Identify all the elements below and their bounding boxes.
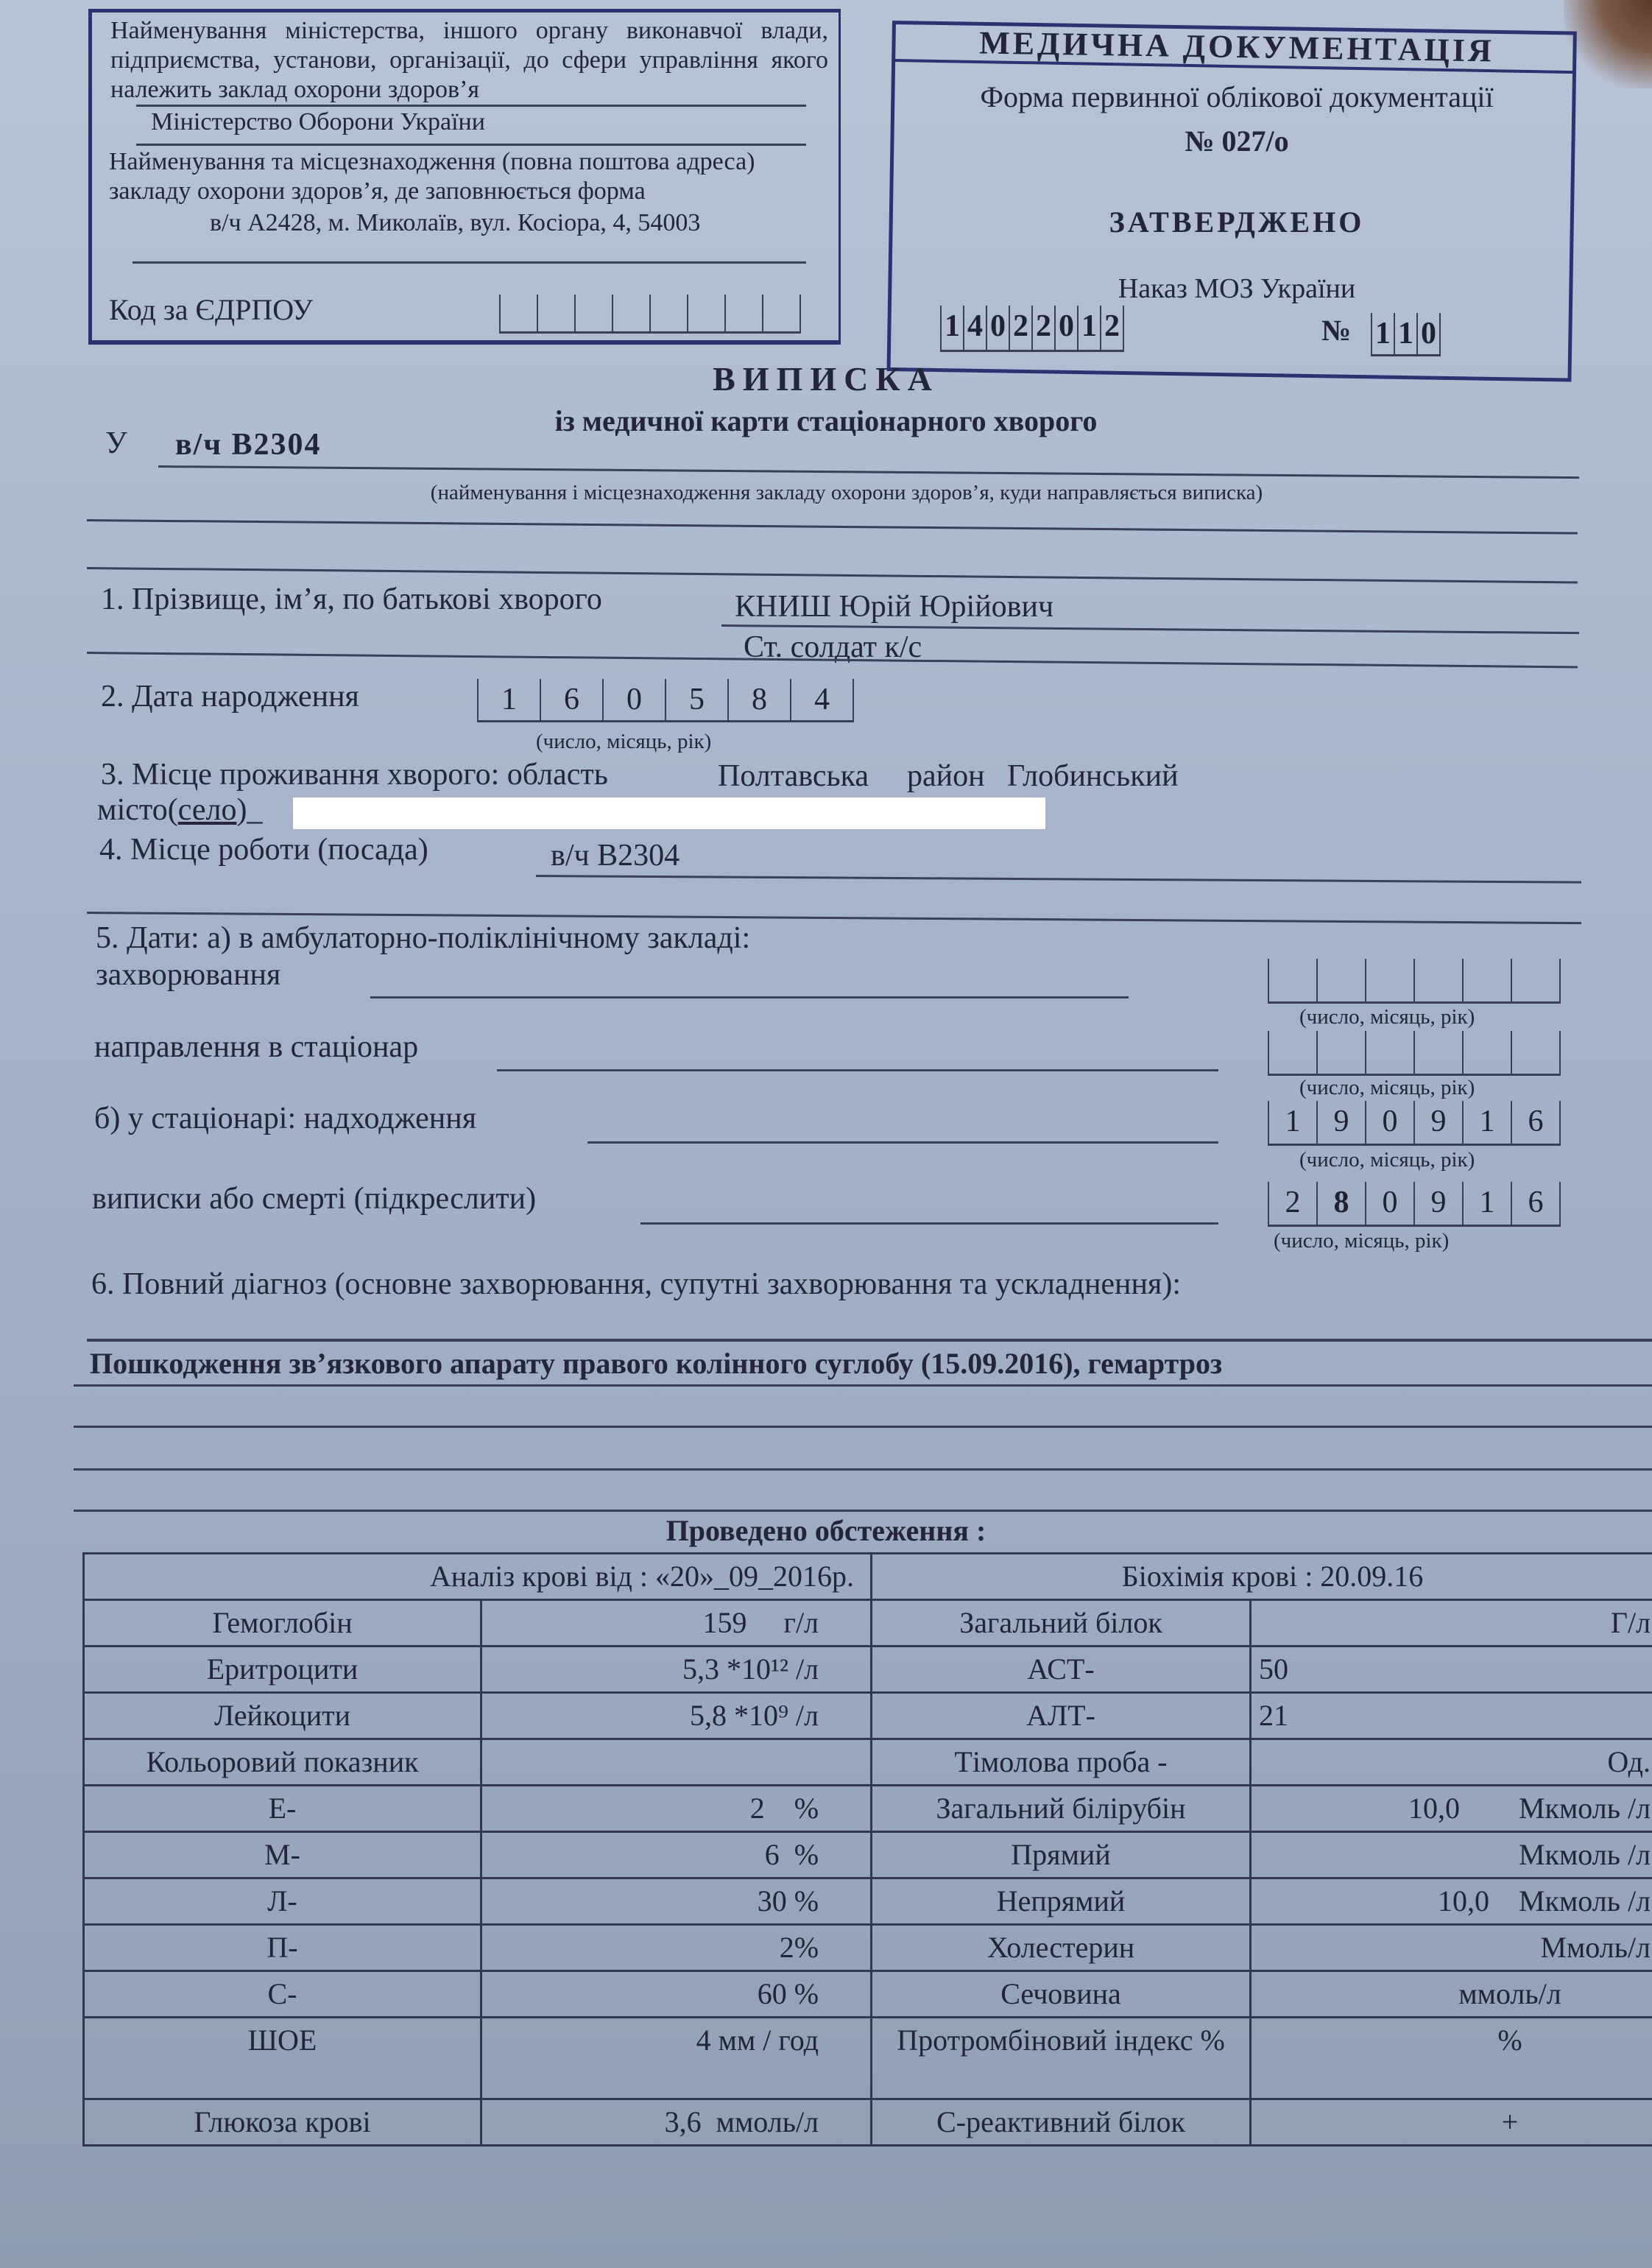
referral-label: направлення в стаціонар: [94, 1029, 418, 1065]
ministry-value: Міністерство Оборони України: [151, 108, 485, 137]
name-label: 1. Прізвище, ім’я, по батькові хворого: [101, 582, 602, 617]
exam-table: Аналіз крові від : «20»_09_2016р. Біохім…: [82, 1552, 1652, 2146]
biochemistry-header: Біохімія крові : 20.09.16: [872, 1554, 1652, 1600]
work-value[interactable]: в/ч В2304: [551, 838, 679, 873]
discharge-digit[interactable]: 9: [1415, 1182, 1464, 1225]
table-row: Кольоровий показникТімолова проба -Од.: [84, 1739, 1652, 1786]
blood-name-cell: Л-: [84, 1878, 481, 1925]
illness-digit[interactable]: [1318, 959, 1366, 1001]
ministry-label: Найменування міністерства, іншого органу…: [110, 16, 828, 105]
dob-cells: 1 6 0 5 8 4: [477, 679, 854, 722]
blood-name-cell: Глюкоза крові: [84, 2099, 481, 2146]
recipient-prefix: У: [105, 426, 127, 461]
diagnosis-line-3: [74, 1426, 1652, 1428]
bio-value-cell[interactable]: Мкмоль /л: [1251, 1832, 1652, 1878]
city-label-suffix: )_: [236, 793, 262, 827]
residence-raion[interactable]: Глобинський: [1007, 758, 1179, 794]
bio-name-cell: АСТ-: [872, 1647, 1251, 1693]
edrpou-cell[interactable]: [576, 295, 613, 331]
blood-name-cell: Лейкоцити: [84, 1693, 481, 1739]
admission-digit[interactable]: 0: [1366, 1101, 1415, 1144]
admission-digit[interactable]: 1: [1464, 1101, 1512, 1144]
dob-label: 2. Дата народження: [101, 679, 359, 714]
bio-value-cell[interactable]: Г/л: [1251, 1600, 1652, 1647]
discharge-digit[interactable]: 1: [1464, 1182, 1512, 1225]
recipient-caption: (найменування і місцезнаходження закладу…: [368, 480, 1325, 505]
order-no-cells: 1 1 0: [1371, 313, 1441, 356]
edrpou-cell[interactable]: [688, 295, 726, 331]
work-label: 4. Місце роботи (посада): [99, 832, 428, 867]
illness-digit[interactable]: [1415, 959, 1464, 1001]
dob-digit[interactable]: 0: [604, 679, 666, 720]
blood-name-cell: С-: [84, 1971, 481, 2018]
table-row: Л-30 %Непрямий10,0 Мкмоль /л: [84, 1878, 1652, 1925]
referral-digit[interactable]: [1464, 1031, 1512, 1074]
blood-value-cell[interactable]: 4 мм / год: [481, 2018, 872, 2099]
order-date-digit: 0: [1056, 306, 1079, 350]
bio-value-cell[interactable]: ммоль/л: [1251, 1971, 1652, 2018]
bio-name-cell: Протромбіновий індекс %: [872, 2018, 1251, 2099]
order-no-digit: 1: [1372, 313, 1395, 354]
discharge-caption: (число, місяць, рік): [1274, 1228, 1449, 1253]
diagnosis-line-4: [74, 1468, 1652, 1471]
admission-cells: 1 9 0 9 1 6: [1268, 1101, 1561, 1146]
bio-value-cell[interactable]: +: [1251, 2099, 1652, 2146]
discharge-label: виписки або смерті (підкреслити): [92, 1181, 536, 1216]
admission-label: б) у стаціонарі: надходження: [94, 1101, 476, 1136]
blood-name-cell: ШОЕ: [84, 2018, 481, 2099]
order-date-cells: 1 4 0 2 2 0 1 2: [940, 306, 1124, 352]
blood-value-cell[interactable]: 2 %: [481, 1786, 872, 1832]
blood-name-cell: Еритроцити: [84, 1647, 481, 1693]
edrpou-cell[interactable]: [651, 295, 688, 331]
approved-label: ЗАТВЕРДЖЕНО: [902, 205, 1572, 239]
dob-digit[interactable]: 6: [541, 679, 604, 720]
blood-value-cell[interactable]: 30 %: [481, 1878, 872, 1925]
table-row: П-2%ХолестеринМмоль/л: [84, 1925, 1652, 1971]
discharge-digit[interactable]: 6: [1512, 1182, 1561, 1225]
facility-underline: [133, 261, 806, 264]
order-no-digit: 1: [1395, 313, 1418, 354]
blood-value-cell[interactable]: 60 %: [481, 1971, 872, 2018]
illness-underline: [370, 996, 1129, 999]
bio-name-cell: Прямий: [872, 1832, 1251, 1878]
order-date-digit: 1: [1079, 306, 1101, 350]
order-date-digit: 4: [964, 306, 987, 350]
table-row: Гемоглобін159 г/лЗагальний білокГ/л: [84, 1600, 1652, 1647]
order-date-digit: 2: [1010, 306, 1033, 350]
blood-value-cell[interactable]: 159 г/л: [481, 1600, 872, 1647]
illness-digit[interactable]: [1269, 959, 1318, 1001]
illness-digit[interactable]: [1512, 959, 1561, 1001]
edrpou-cell[interactable]: [763, 295, 801, 331]
order-no-digit: 0: [1418, 313, 1441, 354]
referral-cells: [1268, 1031, 1561, 1076]
edrpou-label: Код за ЄДРПОУ: [109, 293, 313, 327]
bio-value-cell[interactable]: 10,0 Мкмоль /л: [1251, 1878, 1652, 1925]
edrpou-cell[interactable]: [613, 295, 651, 331]
table-row: Глюкоза крові3,6 ммоль/лС-реактивний біл…: [84, 2099, 1652, 2146]
order-date-digit: 2: [1101, 306, 1124, 350]
illness-label: захворювання: [96, 957, 280, 993]
bio-name-cell: Загальний білок: [872, 1600, 1251, 1647]
dates-heading: 5. Дати: а) в амбулаторно-поліклінічному…: [96, 920, 750, 956]
bio-name-cell: Загальний білірубін: [872, 1786, 1251, 1832]
bio-name-cell: Тімолова проба -: [872, 1739, 1251, 1786]
blood-value-cell[interactable]: 5,3 *10¹² /л: [481, 1647, 872, 1693]
bio-name-cell: АЛТ-: [872, 1693, 1251, 1739]
diagnosis-line-1: [87, 1339, 1652, 1342]
table-row: М-6 %ПрямийМкмоль /л: [84, 1832, 1652, 1878]
edrpou-cell[interactable]: [501, 295, 538, 331]
order-date-digit: 0: [987, 306, 1010, 350]
blood-analysis-header: Аналіз крові від : «20»_09_2016р.: [84, 1554, 872, 1600]
referral-digit[interactable]: [1512, 1031, 1561, 1074]
referral-digit[interactable]: [1318, 1031, 1366, 1074]
diagnosis-line-5: [74, 1510, 1652, 1512]
bio-value-cell[interactable]: 10,0 Мкмоль /л: [1251, 1786, 1652, 1832]
table-row: ШОЕ4 мм / годПротромбіновий індекс %%: [84, 2018, 1652, 2099]
table-row: С-60 %Сечовинаммоль/л: [84, 1971, 1652, 2018]
recipient-line-2: [87, 519, 1578, 535]
admission-digit[interactable]: 9: [1318, 1101, 1366, 1144]
discharge-digit[interactable]: 2: [1269, 1182, 1318, 1225]
blood-name-cell: П-: [84, 1925, 481, 1971]
ministry-underline: [136, 105, 806, 107]
diagnosis-label: 6. Повний діагноз (основне захворювання,…: [91, 1267, 1181, 1302]
bio-value-cell[interactable]: 50: [1251, 1647, 1652, 1693]
discharge-digit[interactable]: 8: [1318, 1182, 1366, 1225]
blood-value-cell[interactable]: [481, 1739, 872, 1786]
blood-value-cell[interactable]: 5,8 *10⁹ /л: [481, 1693, 872, 1739]
facility-value: в/ч А2428, м. Миколаїв, вул. Косіора, 4,…: [210, 208, 700, 238]
dob-digit[interactable]: 1: [479, 679, 541, 720]
name-value[interactable]: КНИШ Юрій Юрійович: [735, 589, 1053, 624]
admission-digit[interactable]: 6: [1512, 1101, 1561, 1144]
edrpou-cell[interactable]: [538, 295, 576, 331]
residence-label: 3. Місце проживання хворого: область: [101, 757, 608, 792]
diagnosis-value[interactable]: Пошкодження зв’язкового апарату правого …: [90, 1346, 1222, 1381]
exam-heading: Проведено обстеження :: [0, 1513, 1652, 1548]
admission-underline: [587, 1141, 1218, 1144]
referral-caption: (число, місяць, рік): [1299, 1075, 1475, 1100]
city-label-prefix: місто(: [97, 793, 178, 827]
order-label: Наказ МОЗ України: [902, 272, 1572, 305]
blood-value-cell[interactable]: 3,6 ммоль/л: [481, 2099, 872, 2146]
admission-digit[interactable]: 9: [1415, 1101, 1464, 1144]
city-label: місто(село)_: [97, 792, 262, 828]
illness-cells: [1268, 959, 1561, 1004]
illness-digit[interactable]: [1464, 959, 1512, 1001]
bio-value-cell[interactable]: 21: [1251, 1693, 1652, 1739]
bio-name-cell: Холестерин: [872, 1925, 1251, 1971]
bio-value-cell[interactable]: %: [1251, 2018, 1652, 2099]
dob-digit[interactable]: 5: [666, 679, 729, 720]
order-date-digit: 1: [942, 306, 964, 350]
blood-name-cell: Кольоровий показник: [84, 1739, 481, 1786]
order-date-digit: 2: [1033, 306, 1056, 350]
illness-digit[interactable]: [1366, 959, 1415, 1001]
blood-name-cell: М-: [84, 1832, 481, 1878]
facility-label: Найменування та місцезнаходження (повна …: [109, 147, 816, 206]
bio-name-cell: Непрямий: [872, 1878, 1251, 1925]
blood-value-cell[interactable]: 6 %: [481, 1832, 872, 1878]
referral-digit[interactable]: [1366, 1031, 1415, 1074]
diagnosis-line-2: [74, 1384, 1652, 1387]
dob-digit[interactable]: 4: [791, 679, 854, 720]
discharge-cells: 2 8 0 9 1 6: [1268, 1182, 1561, 1227]
discharge-underline: [640, 1222, 1218, 1225]
document-title: ВИПИСКА: [0, 359, 1652, 398]
edrpou-cells: [499, 295, 801, 334]
illness-caption: (число, місяць, рік): [1299, 1004, 1475, 1029]
blood-value-cell[interactable]: 2%: [481, 1925, 872, 1971]
ministry-value-underline: [136, 144, 806, 146]
order-no-sign: №: [1321, 313, 1351, 348]
exam-header-row: Аналіз крові від : «20»_09_2016р. Біохім…: [84, 1554, 1652, 1600]
bio-value-cell[interactable]: Ммоль/л: [1251, 1925, 1652, 1971]
bio-value-cell[interactable]: Од.: [1251, 1739, 1652, 1786]
recipient-underline: [158, 465, 1579, 479]
form-number: № 027/о: [902, 124, 1572, 158]
finger-shadow: [1564, 0, 1652, 88]
residence-oblast[interactable]: Полтавська: [718, 758, 869, 794]
dob-digit[interactable]: 8: [729, 679, 791, 720]
work-underline: [536, 875, 1581, 884]
bio-name-cell: Сечовина: [872, 1971, 1251, 2018]
discharge-digit[interactable]: 0: [1366, 1182, 1415, 1225]
edrpou-cell[interactable]: [726, 295, 763, 331]
referral-digit[interactable]: [1415, 1031, 1464, 1074]
admission-caption: (число, місяць, рік): [1299, 1147, 1475, 1172]
table-row: Лейкоцити5,8 *10⁹ /лАЛТ-21: [84, 1693, 1652, 1739]
blood-name-cell: Е-: [84, 1786, 481, 1832]
table-row: Еритроцити5,3 *10¹² /лАСТ-50: [84, 1647, 1652, 1693]
city-label-selected: село: [178, 793, 237, 827]
referral-digit[interactable]: [1269, 1031, 1318, 1074]
admission-digit[interactable]: 1: [1269, 1101, 1318, 1144]
redacted-city-block: [293, 797, 1045, 829]
dob-caption: (число, місяць, рік): [536, 729, 711, 754]
residence-raion-label: район: [907, 758, 985, 794]
bio-name-cell: С-реактивний білок: [872, 2099, 1251, 2146]
form-line: Форма первинної облікової документації: [902, 80, 1572, 114]
referral-underline: [497, 1069, 1218, 1071]
blood-name-cell: Гемоглобін: [84, 1600, 481, 1647]
table-row: Е-2 %Загальний білірубін10,0 Мкмоль /л: [84, 1786, 1652, 1832]
recipient-value: в/ч В2304: [175, 427, 322, 462]
